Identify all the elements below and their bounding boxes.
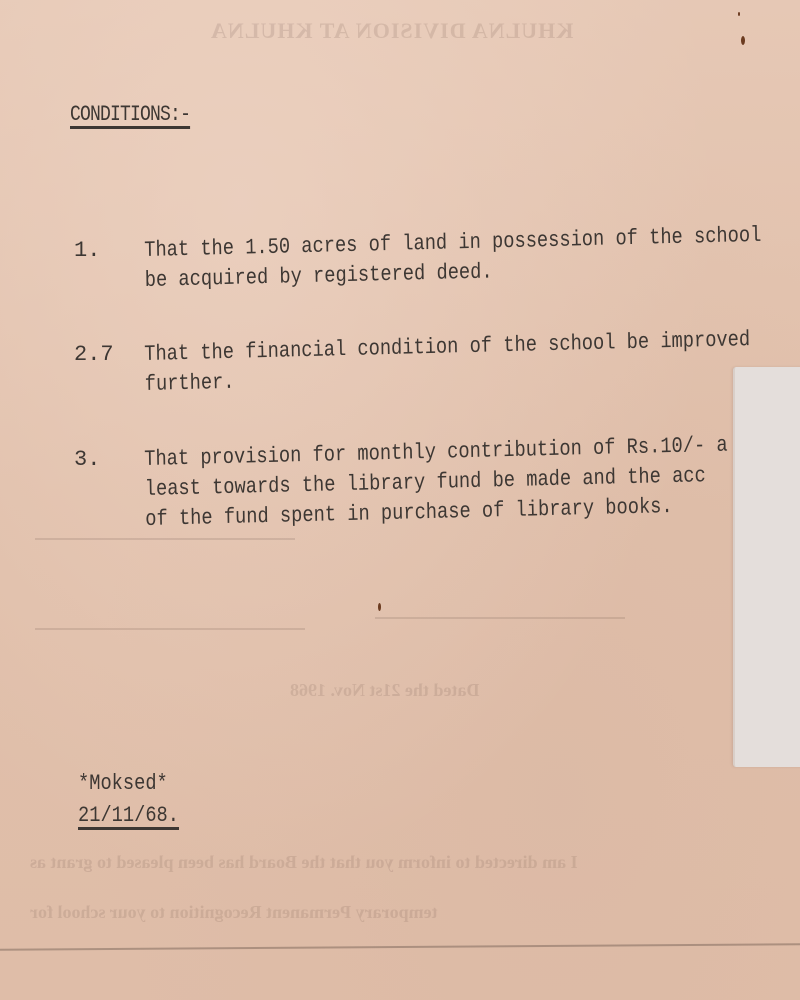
bleed-through-line-2: temporary Permanent Recognition to your … [30, 902, 438, 923]
condition-number: 3. [74, 445, 134, 475]
conditions-heading: CONDITIONS:- [70, 102, 190, 127]
ink-speck [741, 36, 745, 45]
bleed-through-rule [35, 628, 305, 630]
condition-number: 1. [74, 236, 134, 266]
bleed-through-rule [35, 538, 295, 540]
ink-speck [378, 603, 381, 611]
bleed-through-rule [375, 617, 625, 619]
condition-number: 2.7 [74, 340, 134, 370]
torn-paper-patch [733, 367, 800, 767]
bleed-through-dated: Dated the 21st Nov. 1968 [290, 680, 480, 701]
signature-block: *Moksed* 21/11/68. [78, 768, 179, 832]
signature-name: *Moksed* [78, 768, 179, 800]
bleed-through-line-1: I am directed to inform you that the Boa… [30, 852, 578, 873]
condition-text: That provision for monthly contribution … [144, 428, 800, 535]
signature-date: 21/11/68. [78, 800, 179, 832]
bleed-through-heading: KHULNA DIVISION AT KHULNA [210, 18, 573, 44]
ink-speck [738, 12, 740, 16]
